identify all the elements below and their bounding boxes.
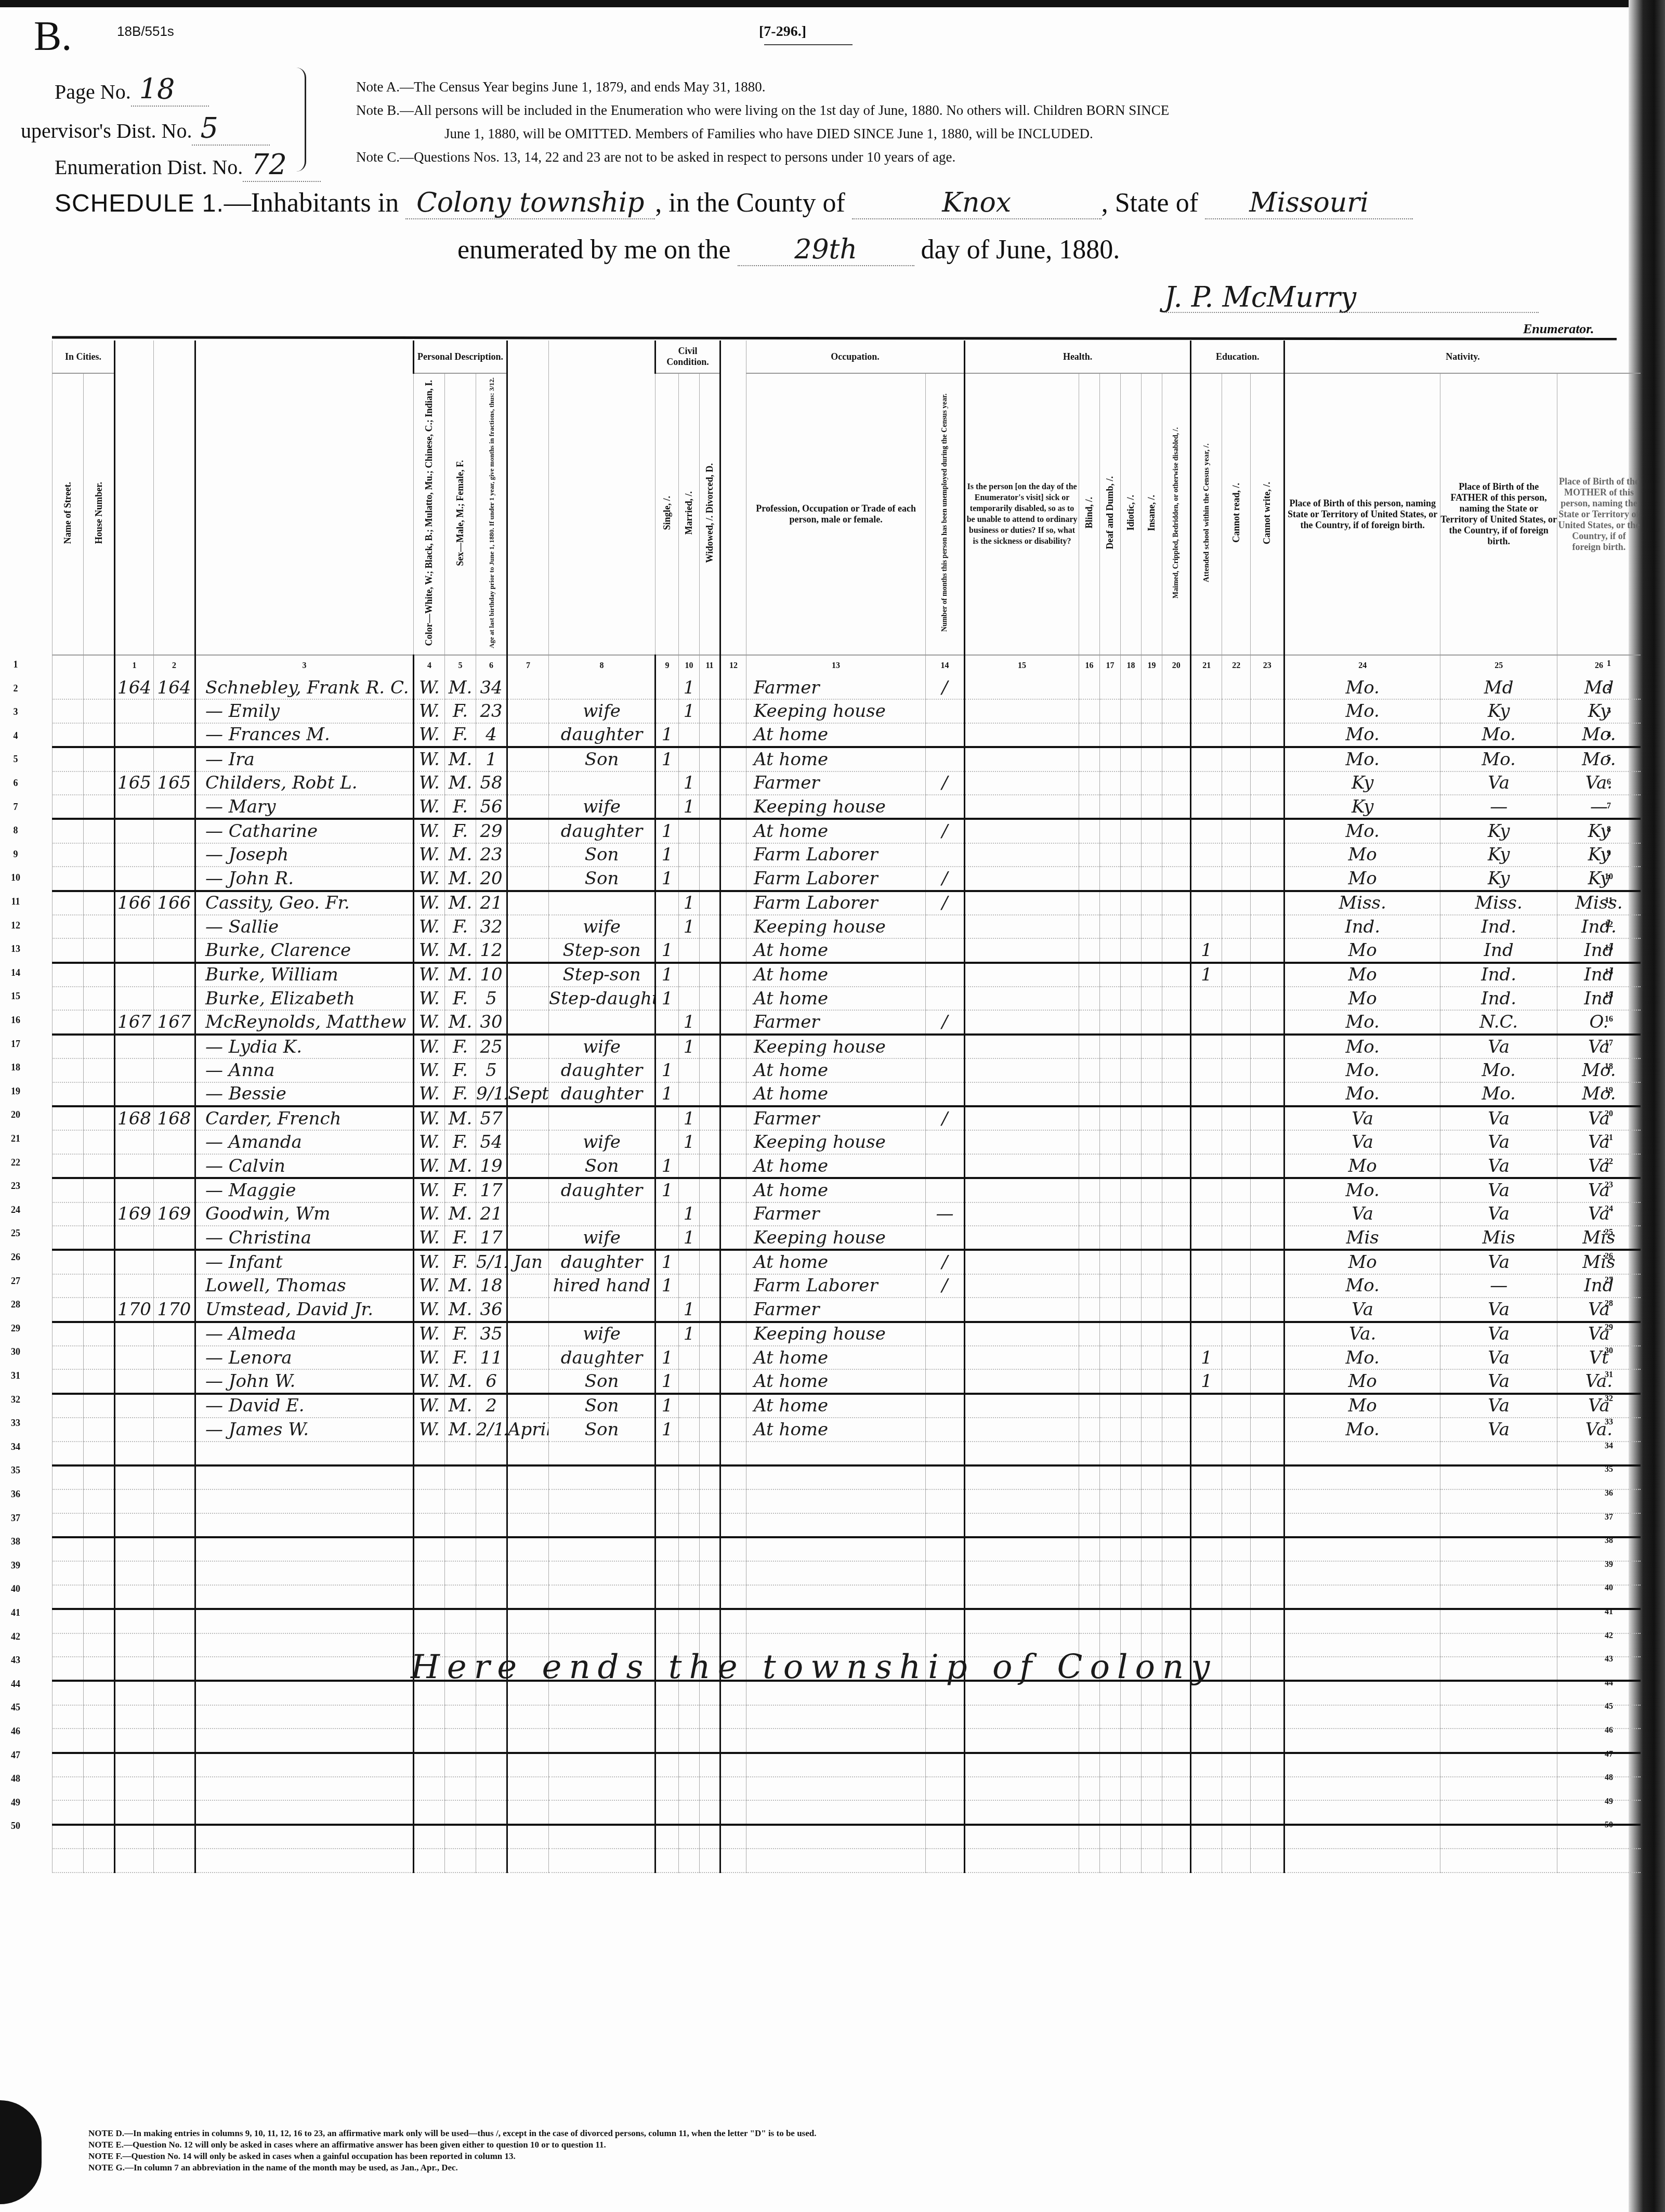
cell-father-birthplace: — [1440,795,1557,819]
cell-blind [1079,1753,1100,1777]
cell-cannot-read [1222,1657,1251,1681]
cell-dwelling-number [115,1705,154,1729]
cell-birth-month [507,1753,549,1777]
cell-relationship: wife [549,699,655,723]
cell-relationship: daughter [549,819,655,843]
cell-relationship: daughter [549,1082,655,1106]
cell-person-name: Goodwin, Wm [195,1202,414,1226]
cell-blind [1079,1489,1100,1513]
cell-single: 1 [655,1346,679,1369]
cell-insane [1142,1513,1162,1537]
scan-edge-top [0,0,1665,7]
cell-cannot-read [1222,1058,1251,1082]
cell-street [53,1537,84,1561]
cell-occupation: Farmer [746,1010,926,1034]
cell-occupation: Farm Laborer [746,891,926,915]
cell-birth-month [507,1394,549,1418]
cell-widowed [700,1394,720,1418]
cell-blind [1079,1322,1100,1346]
form-number: [7-296.] [759,23,806,40]
cell-house-number [84,1226,115,1250]
cell-insane [1142,938,1162,962]
census-line: — JosephW.M.23Son1Farm LaborerMoKyKy [53,843,1641,867]
cell-relationship [549,891,655,915]
cell-relationship [549,1753,655,1777]
cell-dwelling-number [115,1178,154,1202]
cell-birth-month [507,843,549,867]
line-number: 42 [1598,1631,1619,1641]
cell-relationship [549,1442,655,1465]
cell-age [476,1609,507,1633]
cell-sex: F. [445,819,476,843]
cell-age [476,1729,507,1752]
cell-dwelling-number [115,1418,154,1441]
cell-married: 1 [679,1322,700,1346]
cell-color: W. [414,891,445,915]
cell-sickness [965,1561,1079,1585]
cell-street [53,1130,84,1154]
cell-married [679,1753,700,1777]
cell-father-birthplace: Ky [1440,699,1557,723]
cell-sex [445,1849,476,1872]
cell-attended-school [1191,1465,1222,1489]
cell-street [53,1465,84,1489]
cell-cannot-write [1251,1226,1284,1250]
cell-blind [1079,1394,1100,1418]
census-line: — Lydia K.W.F.25wife1Keeping houseMo.VaV… [53,1035,1641,1058]
cell-married-in-year [720,1035,746,1058]
cell-relationship: Step-son [549,938,655,962]
cell-occupation: Keeping house [746,699,926,723]
cell-blind [1079,1346,1100,1369]
cell-idiotic [1121,867,1142,891]
cell-married-in-year [720,1394,746,1418]
cell-months-unemployed [926,1442,965,1465]
cell-age: 32 [476,915,507,938]
cell-occupation: At home [746,1346,926,1369]
cell-maimed [1162,1729,1191,1752]
cell-insane [1142,1274,1162,1298]
cell-birthplace: Mo. [1284,1346,1440,1369]
cell-cannot-write [1251,747,1284,771]
cell-single [655,1489,679,1513]
cell-cannot-read [1222,699,1251,723]
line-number: 28 [1598,1299,1619,1308]
line-number: 17 [1598,1039,1619,1048]
cell-months-unemployed [926,795,965,819]
cell-cannot-write [1251,1322,1284,1346]
cell-maimed [1162,1082,1191,1106]
census-line: — CatharineW.F.29daughter1At home/Mo.KyK… [53,819,1641,843]
cell-sex: F. [445,1226,476,1250]
group-civil-condition: Civil Condition. [655,341,720,373]
cell-insane [1142,963,1162,987]
enumerator-signature: J. P. McMurry [1164,281,1356,313]
cell-birth-month [507,938,549,962]
cell-relationship [549,1561,655,1585]
cell-widowed [700,963,720,987]
cell-sickness [965,891,1079,915]
cell-birthplace [1284,1513,1440,1537]
cell-occupation: At home [746,819,926,843]
note-a: Note A.—The Census Year begins June 1, 1… [356,75,1169,99]
cell-attended-school [1191,1202,1222,1226]
cell-insane [1142,1322,1162,1346]
cell-sickness [965,1418,1079,1441]
cell-relationship: Step-son [549,963,655,987]
cell-birth-month [507,1010,549,1034]
cell-house-number [84,1369,115,1393]
cell-family-number [154,747,195,771]
cell-birthplace [1284,1753,1440,1777]
line-number: 16 [1598,1015,1619,1024]
cell-birthplace: Ky [1284,795,1440,819]
cell-person-name [195,1442,414,1465]
cell-blind [1079,843,1100,867]
census-line: Burke, WilliamW.M.10Step-son1At home1MoI… [53,963,1641,987]
cell-deaf-dumb [1100,1729,1121,1752]
cell-single: 1 [655,1058,679,1082]
cell-months-unemployed [926,1489,965,1513]
cell-widowed [700,1442,720,1465]
scan-thumb-shadow [0,2100,42,2204]
line-number: 23 [5,1181,26,1192]
cell-house-number [84,1489,115,1513]
cell-sickness [965,1537,1079,1561]
cell-single [655,1825,679,1849]
cell-insane [1142,1130,1162,1154]
cell-color [414,1442,445,1465]
cell-occupation: Farm Laborer [746,867,926,891]
cell-attended-school [1191,1705,1222,1729]
cell-sex: M. [445,1010,476,1034]
enumerated-label: enumerated by me on the [457,235,731,265]
cell-dwelling-number [115,699,154,723]
cell-maimed [1162,963,1191,987]
cell-street [53,1058,84,1082]
cell-color: W. [414,938,445,962]
cell-sex: F. [445,1250,476,1274]
line-number: 21 [1598,1133,1619,1143]
cell-married-in-year [720,1705,746,1729]
census-line: — BessieW.F.9/12Septdaughter1At homeMo.M… [53,1082,1641,1106]
cell-cannot-read [1222,1226,1251,1250]
cell-blind [1079,1442,1100,1465]
cell-months-unemployed: / [926,891,965,915]
cell-father-birthplace [1440,1585,1557,1609]
cell-birth-month [507,1202,549,1226]
cell-cannot-read [1222,747,1251,771]
cell-cannot-write [1251,676,1284,699]
cell-maimed [1162,1154,1191,1178]
cell-house-number [84,1657,115,1681]
census-line: — Frances M.W.F.4daughter1At homeMo.Mo.M… [53,723,1641,747]
cell-birth-month [507,891,549,915]
line-number: 11 [1598,896,1619,906]
cell-widowed [700,1082,720,1106]
cell-color: W. [414,1202,445,1226]
cell-insane [1142,987,1162,1010]
census-line [53,1585,1641,1609]
cell-married: 1 [679,771,700,795]
cell-married-in-year [720,1800,746,1824]
cell-idiotic [1121,1825,1142,1849]
cell-attended-school [1191,723,1222,747]
cell-street [53,1202,84,1226]
cell-age [476,1561,507,1585]
cell-birth-month [507,1800,549,1824]
cell-birthplace [1284,1465,1440,1489]
cell-sickness [965,1298,1079,1321]
header-brace [296,68,306,172]
cell-married-in-year [720,891,746,915]
cell-birth-month [507,771,549,795]
cell-birth-month [507,1154,549,1178]
cell-father-birthplace [1440,1777,1557,1800]
cell-married [679,1250,700,1274]
cell-blind [1079,1585,1100,1609]
cell-father-birthplace: Va [1440,1130,1557,1154]
cell-single [655,915,679,938]
cell-family-number [154,1250,195,1274]
cell-age: 5/12 [476,1250,507,1274]
cell-married [679,1058,700,1082]
cell-family-number [154,1561,195,1585]
cell-street [53,1322,84,1346]
cell-birthplace [1284,1849,1440,1872]
cell-birth-month [507,1705,549,1729]
cell-married-in-year [720,1250,746,1274]
line-number: 14 [5,967,26,978]
cell-idiotic [1121,1418,1142,1441]
cell-birth-month [507,1346,549,1369]
cell-single [655,1537,679,1561]
cell-married-in-year [720,723,746,747]
census-line: 169169Goodwin, WmW.M.211Farmer—VaVaVa [53,1202,1641,1226]
cell-house-number [84,1035,115,1058]
cell-father-birthplace: Ind [1440,938,1557,962]
cell-insane [1142,1010,1162,1034]
cell-occupation: At home [746,723,926,747]
cell-maimed [1162,1609,1191,1633]
cell-house-number [84,915,115,938]
census-line: — MaryW.F.56wife1Keeping houseKy—— [53,795,1641,819]
cell-sex: F. [445,915,476,938]
cell-person-name: Carder, French [195,1106,414,1130]
cell-age: 20 [476,867,507,891]
cell-relationship: daughter [549,1346,655,1369]
cell-cannot-write [1251,1657,1284,1681]
cell-color [414,1849,445,1872]
cell-sickness [965,1753,1079,1777]
col-cannot-write-header: Cannot write, /. [1251,373,1284,655]
cell-widowed [700,867,720,891]
cell-color: W. [414,747,445,771]
cell-house-number [84,1394,115,1418]
cell-attended-school [1191,891,1222,915]
cell-house-number [84,1800,115,1824]
cell-person-name [195,1633,414,1657]
cell-occupation: At home [746,747,926,771]
cell-months-unemployed: / [926,676,965,699]
census-line: — James W.W.M.2/12AprilSon1At homeMo.VaV… [53,1418,1641,1441]
cell-sickness [965,1106,1079,1130]
col-birthplace-header: Place of Birth of this person, naming St… [1284,373,1440,655]
cell-birth-month [507,1178,549,1202]
cell-married: 1 [679,1202,700,1226]
line-number: 45 [5,1702,26,1713]
cell-color [414,1465,445,1489]
cell-cannot-read [1222,1825,1251,1849]
cell-cannot-write [1251,1202,1284,1226]
cell-attended-school [1191,1513,1222,1537]
cell-cannot-write [1251,843,1284,867]
cell-person-name: — Calvin [195,1154,414,1178]
cell-relationship [549,1537,655,1561]
cell-cannot-write [1251,1777,1284,1800]
cell-attended-school [1191,819,1222,843]
cell-deaf-dumb [1100,819,1121,843]
cell-family-number [154,867,195,891]
group-education: Education. [1191,341,1284,373]
cell-street [53,795,84,819]
cell-person-name: Childers, Robt L. [195,771,414,795]
cell-months-unemployed: / [926,819,965,843]
cell-age [476,1585,507,1609]
cell-maimed [1162,843,1191,867]
schedule-prefix: SCHEDULE 1. [55,190,224,217]
cell-person-name: — Almeda [195,1322,414,1346]
cell-cannot-read [1222,1274,1251,1298]
cell-single: 1 [655,1178,679,1202]
cell-age [476,1465,507,1489]
cell-age: 17 [476,1226,507,1250]
cell-married-in-year [720,1082,746,1106]
cell-family-number [154,1633,195,1657]
cell-deaf-dumb [1100,1082,1121,1106]
cell-idiotic [1121,699,1142,723]
cell-married-in-year [720,1322,746,1346]
cell-sex [445,1800,476,1824]
line-number: 26 [1598,1252,1619,1261]
cell-maimed [1162,1010,1191,1034]
cell-attended-school [1191,1322,1222,1346]
cell-sex: F. [445,1058,476,1082]
cell-married [679,1465,700,1489]
cell-person-name: Cassity, Geo. Fr. [195,891,414,915]
cell-insane [1142,1609,1162,1633]
cell-idiotic [1121,1274,1142,1298]
cell-father-birthplace: Mo. [1440,723,1557,747]
cell-relationship: daughter [549,1250,655,1274]
cell-street [53,963,84,987]
cell-blind [1079,795,1100,819]
cell-attended-school [1191,1489,1222,1513]
cell-street [53,1082,84,1106]
cell-father-birthplace [1440,1513,1557,1537]
cell-age: 29 [476,819,507,843]
cell-family-number [154,1657,195,1681]
cell-attended-school [1191,1442,1222,1465]
cell-cannot-read [1222,1777,1251,1800]
cell-occupation: At home [746,938,926,962]
cell-sex: M. [445,1274,476,1298]
note-c: Note C.—Questions Nos. 13, 14, 22 and 23… [356,146,1169,169]
cell-dwelling-number [115,1465,154,1489]
cell-blind [1079,987,1100,1010]
cell-father-birthplace: Va [1440,771,1557,795]
cell-dwelling-number [115,1489,154,1513]
cell-idiotic [1121,1082,1142,1106]
cell-insane [1142,1178,1162,1202]
footnotes: NOTE D.—In making entries in columns 9, … [88,2128,816,2174]
cell-sickness [965,1154,1079,1178]
cell-age: 18 [476,1274,507,1298]
cell-dwelling-number [115,1777,154,1800]
cell-street [53,1274,84,1298]
line-number: 16 [5,1015,26,1026]
cell-months-unemployed [926,747,965,771]
cell-married [679,747,700,771]
page-number-label: Page No. [55,80,131,103]
cell-birth-month [507,1729,549,1752]
cell-house-number [84,938,115,962]
cell-attended-school [1191,1178,1222,1202]
cell-person-name: — James W. [195,1418,414,1441]
cell-deaf-dumb [1100,723,1121,747]
cell-age: 58 [476,771,507,795]
cell-person-name: — Anna [195,1058,414,1082]
cell-single [655,1130,679,1154]
cell-street [53,987,84,1010]
cell-birthplace: Mo [1284,1369,1440,1393]
cell-sickness [965,1585,1079,1609]
cell-birth-month [507,1585,549,1609]
census-line: Burke, ClarenceW.M.12Step-son1At home1Mo… [53,938,1641,962]
cell-cannot-write [1251,1346,1284,1369]
cell-birth-month [507,1106,549,1130]
cell-color: W. [414,987,445,1010]
census-line: Lowell, ThomasW.M.18hired hand1Farm Labo… [53,1274,1641,1298]
cell-age [476,1849,507,1872]
cell-married: 1 [679,795,700,819]
cell-blind [1079,771,1100,795]
cell-house-number [84,1465,115,1489]
cell-person-name: — Frances M. [195,723,414,747]
cell-single: 1 [655,1394,679,1418]
cell-widowed [700,1202,720,1226]
cell-widowed [700,747,720,771]
cell-color [414,1561,445,1585]
cell-sickness [965,1178,1079,1202]
cell-dwelling-number [115,1322,154,1346]
cell-sex [445,1753,476,1777]
cell-cannot-write [1251,1082,1284,1106]
cell-idiotic [1121,747,1142,771]
enumeration-district-value: 72 [251,148,287,181]
cell-deaf-dumb [1100,1274,1121,1298]
col-age-header: Age at last birthday prior to June 1, 18… [476,373,507,655]
cell-maimed [1162,1250,1191,1274]
cell-deaf-dumb [1100,795,1121,819]
cell-birth-month [507,699,549,723]
cell-father-birthplace: Mo. [1440,1058,1557,1082]
cell-street [53,1154,84,1178]
cell-deaf-dumb [1100,1322,1121,1346]
cell-idiotic [1121,676,1142,699]
cell-cannot-read [1222,1633,1251,1657]
cell-person-name: Lowell, Thomas [195,1274,414,1298]
